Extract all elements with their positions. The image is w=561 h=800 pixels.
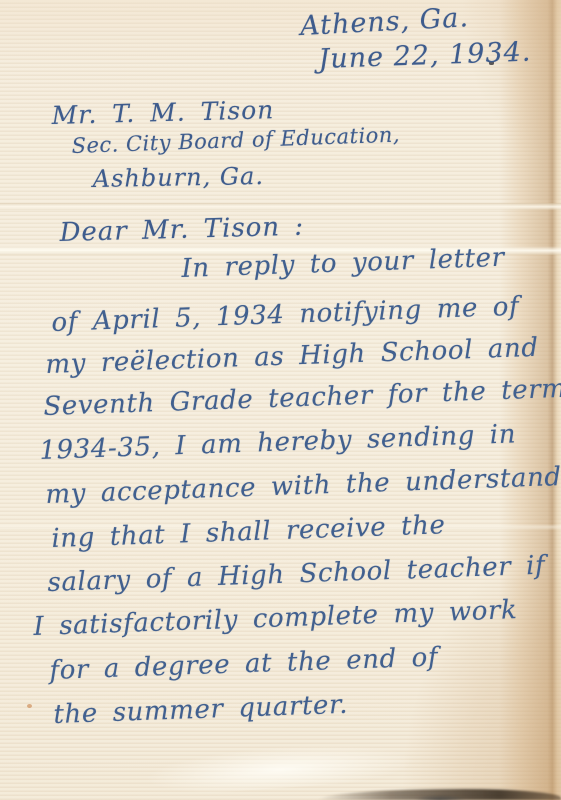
recipient-city-line: Ashburn, Ga. — [93, 162, 265, 193]
body-line-3: my reëlection as High School and — [45, 333, 539, 380]
cutoff-writing-fragment — [408, 793, 472, 800]
fold-crease-upper — [0, 203, 561, 210]
paper-speck — [27, 704, 32, 708]
body-line-4: Seventh Grade teacher for the term — [43, 374, 561, 422]
recipient-name-line: Mr. T. M. Tison — [51, 95, 274, 130]
body-line-5: 1934-35, I am hereby sending in — [39, 419, 517, 466]
body-line-2: of April 5, 1934 notifying me of — [51, 292, 520, 338]
handwritten-letter-scan: Athens, Ga. June 22, 1934. Mr. T. M. Tis… — [0, 0, 561, 800]
salutation: Dear Mr. Tison : — [59, 212, 304, 248]
body-line-11: the summer quarter. — [53, 690, 349, 730]
